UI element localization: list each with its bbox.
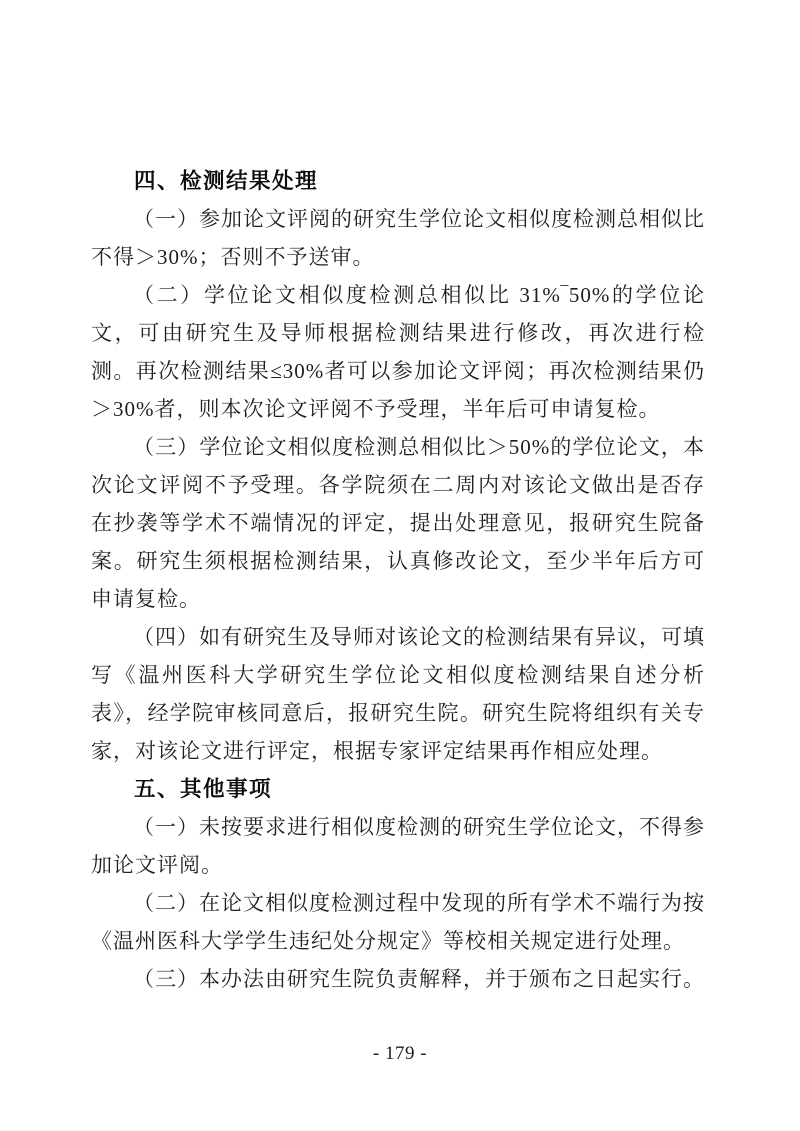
section-4-paragraph-3: （三）学位论文相似度检测总相似比＞50%的学位论文，本次论文评阅不予受理。各学院… (91, 428, 705, 618)
section-heading-results-handling: 四、检测结果处理 (91, 162, 705, 200)
document-page: 四、检测结果处理 （一）参加论文评阅的研究生学位论文相似度检测总相似比不得＞30… (0, 0, 800, 1131)
section-5-paragraph-3: （三）本办法由研究生院负责解释，并于颁布之日起实行。 (91, 960, 705, 998)
page-footer: - 179 - (0, 1042, 800, 1066)
document-content: 四、检测结果处理 （一）参加论文评阅的研究生学位论文相似度检测总相似比不得＞30… (91, 162, 705, 998)
section-4-paragraph-4: （四）如有研究生及导师对该论文的检测结果有异议，可填写《温州医科大学研究生学位论… (91, 618, 705, 770)
section-4-paragraph-2: （二）学位论文相似度检测总相似比 31%‾50%的学位论文，可由研究生及导师根据… (91, 276, 705, 428)
section-5-paragraph-1: （一）未按要求进行相似度检测的研究生学位论文，不得参加论文评阅。 (91, 808, 705, 884)
section-heading-other-matters: 五、其他事项 (91, 770, 705, 808)
section-5-paragraph-2: （二）在论文相似度检测过程中发现的所有学术不端行为按《温州医科大学学生违纪处分规… (91, 884, 705, 960)
section-4-paragraph-1: （一）参加论文评阅的研究生学位论文相似度检测总相似比不得＞30%；否则不予送审。 (91, 200, 705, 276)
page-number: - 179 - (373, 1043, 427, 1064)
